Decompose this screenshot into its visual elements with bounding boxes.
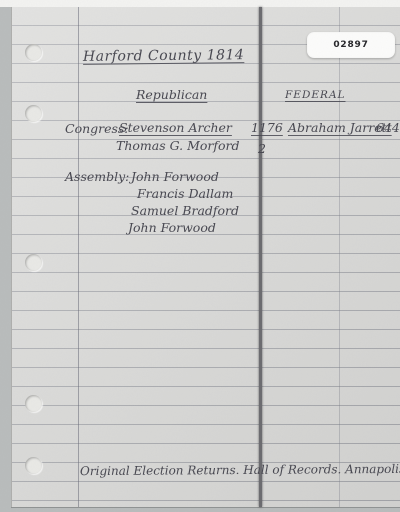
vote-count: 2 xyxy=(258,141,266,156)
center-fold-crease xyxy=(259,7,262,507)
scanned-document: 02897 Harford County 1814 Republican FED… xyxy=(0,0,400,512)
catalog-number: 02897 xyxy=(333,40,368,50)
republican-column-header: Republican xyxy=(136,87,207,102)
punch-hole xyxy=(25,457,42,474)
punch-hole xyxy=(25,105,42,122)
candidate-name: Thomas G. Morford xyxy=(116,138,240,153)
vote-count: 644 xyxy=(376,120,400,135)
notebook-page: 02897 Harford County 1814 Republican FED… xyxy=(11,7,400,507)
federal-column-header: FEDERAL xyxy=(285,89,346,101)
punch-hole xyxy=(25,395,42,412)
assembly-member-name: Samuel Bradford xyxy=(131,203,239,218)
punch-hole xyxy=(25,44,42,61)
assembly-member-name: John Forwood xyxy=(131,169,219,184)
catalog-sticker: 02897 xyxy=(307,32,395,58)
right-column-line xyxy=(339,7,340,507)
vote-count: 1176 xyxy=(251,120,283,135)
candidate-name: Stevenson Archer xyxy=(119,120,232,135)
source-footnote: Original Election Returns. Hall of Recor… xyxy=(80,462,400,478)
page-title: Harford County 1814 xyxy=(83,47,244,65)
left-margin-line xyxy=(78,7,79,507)
punch-hole xyxy=(25,254,42,271)
assembly-member-name: Francis Dallam xyxy=(137,186,233,201)
assembly-section-label: Assembly: xyxy=(65,169,129,184)
scanner-background-top xyxy=(0,0,400,7)
assembly-member-name: John Forwood xyxy=(128,220,216,235)
